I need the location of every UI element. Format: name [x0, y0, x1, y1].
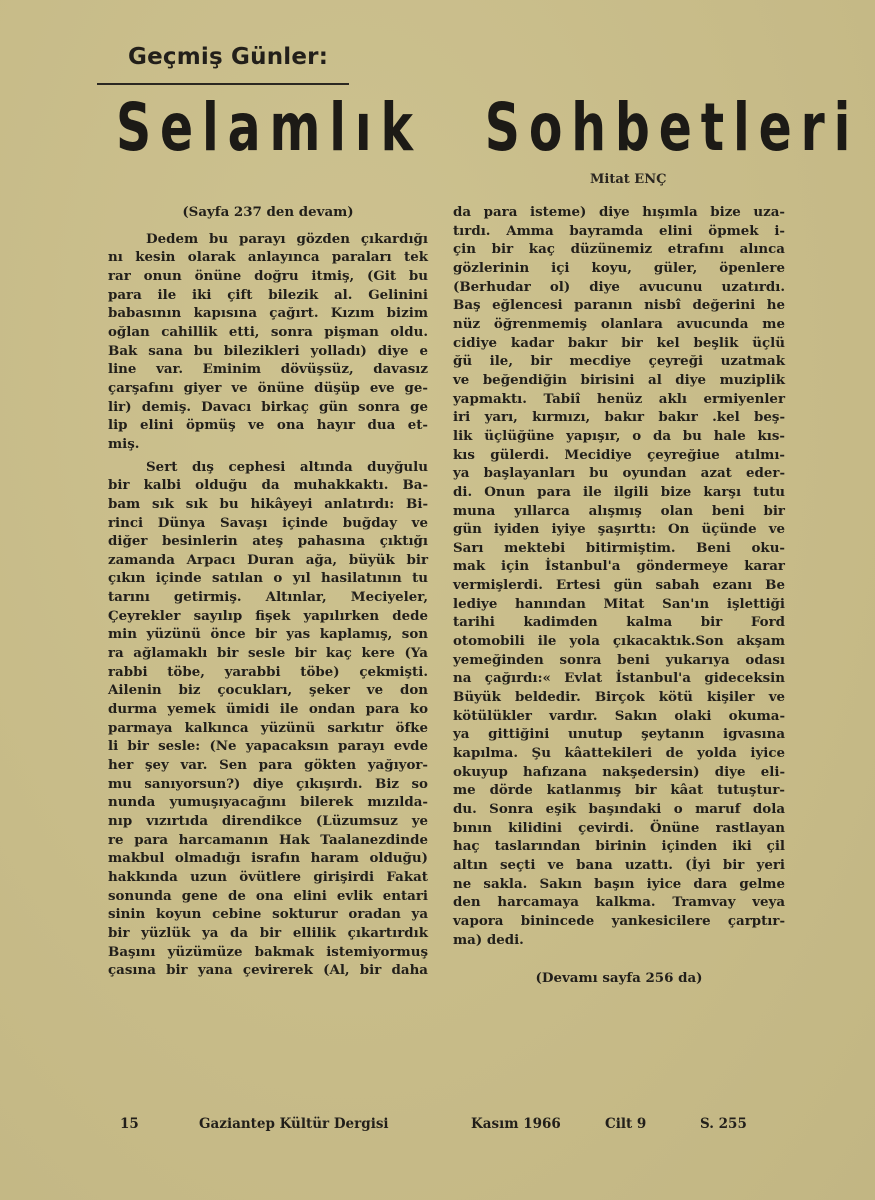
section-label: Geçmiş Günler:	[128, 44, 328, 70]
page-footer: 15 Gaziantep Kültür Dergisi Kasım 1966 C…	[0, 1116, 875, 1136]
text-line: vermişlerdi. Ertesi gün sabah ezanı Be	[453, 576, 785, 595]
text-line: makbul olmadığı israfın haram olduğu)	[108, 849, 428, 868]
text-line: nıp vızırtıda direndikce (Lüzumsuz ye	[108, 812, 428, 831]
text-line: hakkında uzun övütlere girişirdi Fakat	[108, 868, 428, 887]
text-line: lediye hanından Mitat San'ın işlettiği	[453, 595, 785, 614]
text-line: rabbi töbe, yarabbi töbe) çekmişti.	[108, 663, 428, 682]
text-line: mak için İstanbul'a göndermeye karar	[453, 557, 785, 576]
text-line: ya gittiğini unutup şeytanın igvasına	[453, 725, 785, 744]
text-line: gün iyiden iyiye şaşırttı: On üçünde ve	[453, 520, 785, 539]
page-number: 15	[120, 1116, 139, 1132]
text-line: sonunda gene de ona elini evlik entari	[108, 887, 428, 906]
text-line: re para harcamanın Hak Taalanezdinde	[108, 831, 428, 850]
text-line: otomobili ile yola çıkacaktık.Son akşam	[453, 632, 785, 651]
text-line: diğer besinlerin ateş pahasına çıktığı	[108, 532, 428, 551]
text-line: lir) demiş. Davacı birkaç gün sonra ge	[108, 398, 428, 417]
text-line: altın seçti ve bana uzattı. (İyi bir yer…	[453, 856, 785, 875]
text-line: nüz öğrenmemiş olanlara avucunda me	[453, 315, 785, 334]
text-line: ma) dedi.	[453, 931, 785, 950]
text-line: Çeyrekler sayılıp fişek yapılırken dede	[108, 607, 428, 626]
text-line: Sert dış cephesi altında duyğulu	[108, 458, 428, 477]
text-line: kapılma. Şu kâattekileri de yolda iyice	[453, 744, 785, 763]
text-line: tırdı. Amma bayramda elini öpmek i-	[453, 222, 785, 241]
right-column: da para isteme) diye hışımla bize uza- t…	[453, 203, 785, 988]
issue-date: Kasım 1966	[471, 1116, 561, 1132]
text-line: den harcamaya kalkma. Tramvay veya	[453, 893, 785, 912]
text-line: ya başlayanları bu oyundan azat eder-	[453, 464, 785, 483]
text-line: bının kilidini çevirdi. Önüne rastlayan	[453, 819, 785, 838]
text-line: nunda yumuşıyacağını bilerek mızılda-	[108, 793, 428, 812]
text-line: haç taslarından birinin içinden iki çil	[453, 837, 785, 856]
text-line: ra ağlamaklı bir sesle bir kaç kere (Ya	[108, 644, 428, 663]
text-line: iri yarı, kırmızı, bakır bakır .kel beş-	[453, 408, 785, 427]
text-line: na çağırdı:« Evlat İstanbul'a gideceksin	[453, 669, 785, 688]
text-line: kıs gülerdi. Mecidiye çeyreğiue atılmı-	[453, 446, 785, 465]
text-line: miş.	[108, 435, 428, 454]
text-line: çin bir kaç düzünemiz etrafını alınca	[453, 240, 785, 259]
text-line: yemeğinden sonra beni yukarıya odası	[453, 651, 785, 670]
text-line: Ailenin biz çocukları, şeker ve don	[108, 681, 428, 700]
text-line: ğü ile, bir mecdiye çeyreği uzatmak	[453, 352, 785, 371]
text-line: vapora binincede yankesicilere çarptır-	[453, 912, 785, 931]
publication-name: Gaziantep Kültür Dergisi	[199, 1116, 389, 1132]
continued-from-note: (Sayfa 237 den devam)	[108, 203, 428, 222]
text-line: Dedem bu parayı gözden çıkardığı	[108, 230, 428, 249]
volume-number: Cilt 9	[605, 1116, 646, 1132]
text-line: çarşafını giyer ve önüne düşüp eve ge-	[108, 379, 428, 398]
text-line: çasına bir yana çevirerek (Al, bir daha	[108, 961, 428, 980]
text-line: gözlerinin içi koyu, güler, öpenlere	[453, 259, 785, 278]
text-line: zamanda Arpacı Duran ağa, büyük bir	[108, 551, 428, 570]
text-line: ne sakla. Sakın başın iyice dara gelme	[453, 875, 785, 894]
text-line: lik üçlüğüne yapışır, o da bu hale kıs-	[453, 427, 785, 446]
text-line: Bak sana bu bilezikleri yolladı) diye e	[108, 342, 428, 361]
text-line: bir yüzlük ya da bir ellilik çıkartırdık	[108, 924, 428, 943]
text-line: sinin koyun cebine sokturur oradan ya	[108, 905, 428, 924]
author-byline: Mitat ENÇ	[590, 172, 666, 187]
text-line: Başını yüzümüze bakmak istemiyormuş	[108, 943, 428, 962]
text-line: (Berhudar ol) diye avucunu uzatırdı.	[453, 278, 785, 297]
text-line: okuyup hafızana nakşedersin) diye eli-	[453, 763, 785, 782]
article-title: Selamlık Sohbetleri	[116, 92, 590, 164]
text-line: yapmaktı. Tabiî henüz aklı ermiyenler	[453, 390, 785, 409]
text-line: me dörde katlanmış bir kâat tutuştur-	[453, 781, 785, 800]
text-line: di. Onun para ile ilgili bize karşı tutu	[453, 483, 785, 502]
text-line: li bir sesle: (Ne yapacaksın parayı evde	[108, 737, 428, 756]
header-rule	[97, 83, 349, 85]
text-line: parmaya kalkınca yüzünü sarkıtır öfke	[108, 719, 428, 738]
left-column: (Sayfa 237 den devam) Dedem bu parayı gö…	[108, 203, 428, 980]
text-line: Büyük beldedir. Birçok kötü kişiler ve	[453, 688, 785, 707]
continued-to-note: (Devamı sayfa 256 da)	[453, 969, 785, 988]
text-line: line var. Eminim dövüşsüz, davasız	[108, 360, 428, 379]
text-line: rar onun önüne doğru itmiş, (Git bu	[108, 267, 428, 286]
text-line: bir kalbi olduğu da muhakkaktı. Ba-	[108, 476, 428, 495]
text-line: oğlan cahillik etti, sonra pişman oldu.	[108, 323, 428, 342]
text-line: da para isteme) diye hışımla bize uza-	[453, 203, 785, 222]
text-line: para ile iki çift bilezik al. Gelinini	[108, 286, 428, 305]
magazine-page: Geçmiş Günler: Selamlık Sohbetleri Mitat…	[0, 0, 875, 1200]
text-line: babasının kapısına çağırt. Kızım bizim	[108, 304, 428, 323]
text-line: ve beğendiğin birisini al diye muziplik	[453, 371, 785, 390]
text-line: min yüzünü önce bir yas kaplamış, son	[108, 625, 428, 644]
text-line: rinci Dünya Savaşı içinde buğday ve	[108, 514, 428, 533]
text-line: Baş eğlencesi paranın nisbî değerini he	[453, 296, 785, 315]
text-line: tarihi kadimden kalma bir Ford	[453, 613, 785, 632]
text-line: Sarı mektebi bitirmiştim. Beni oku-	[453, 539, 785, 558]
text-line: cidiye kadar bakır bir kel beşlik üçlü	[453, 334, 785, 353]
text-line: tarını getirmiş. Altınlar, Meciyeler,	[108, 588, 428, 607]
issue-number: S. 255	[700, 1116, 747, 1132]
text-line: bam sık sık bu hikâyeyi anlatırdı: Bi-	[108, 495, 428, 514]
text-line: çıkın içinde satılan o yıl hasilatının t…	[108, 569, 428, 588]
text-line: du. Sonra eşik başındaki o maruf dola	[453, 800, 785, 819]
text-line: mu sanıyorsun?) diye çıkışırdı. Biz so	[108, 775, 428, 794]
text-line: lip elini öpmüş ve ona hayır dua et-	[108, 416, 428, 435]
text-line: her şey var. Sen para gökten yağıyor-	[108, 756, 428, 775]
text-line: nı kesin olarak anlayınca paraları tek	[108, 248, 428, 267]
text-line: kötülükler vardır. Sakın olaki okuma-	[453, 707, 785, 726]
text-line: muna yıllarca alışmış olan beni bir	[453, 502, 785, 521]
text-line: durma yemek ümidi ile ondan para ko	[108, 700, 428, 719]
